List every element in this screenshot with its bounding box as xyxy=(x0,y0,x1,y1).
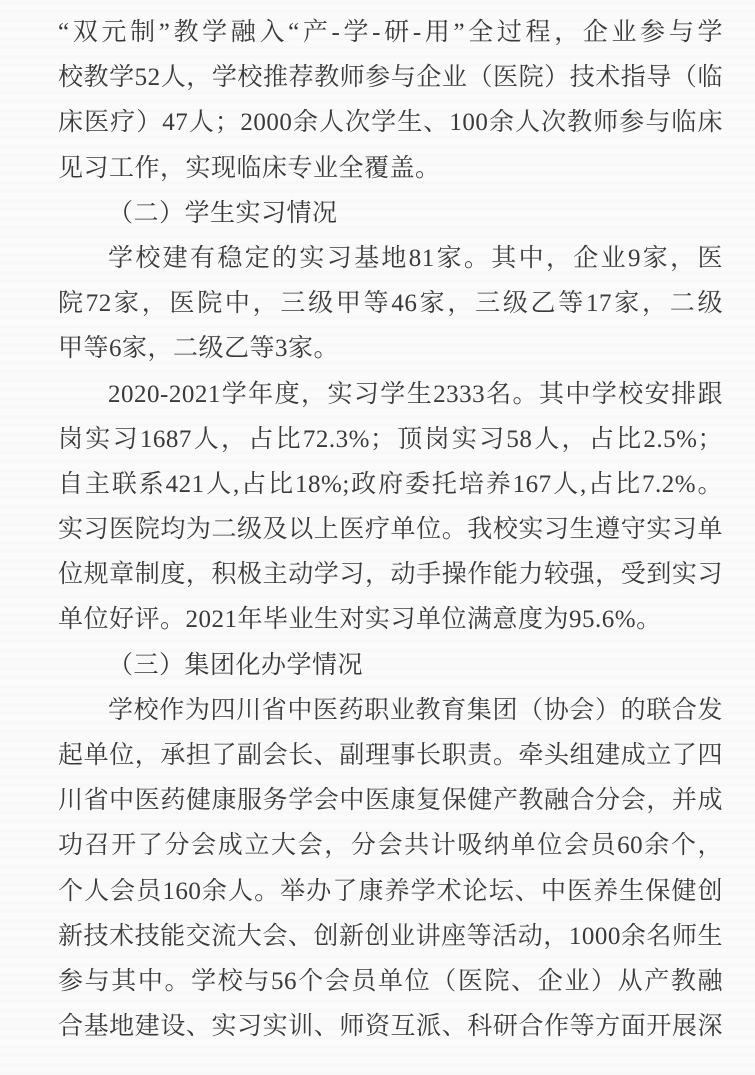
text-line: 个人会员160余人。举办了康养学术论坛、中医养生保健创 xyxy=(58,869,723,914)
text-line: 实习医院均为二级及以上医疗单位。我校实习生遵守实习单 xyxy=(58,507,723,552)
text-line: 学校作为四川省中医药职业教育集团（协会）的联合发 xyxy=(58,688,723,733)
text-line: 合基地建设、实习实训、师资互派、科研合作等方面开展深 xyxy=(58,1004,723,1049)
section-heading: （二）学生实习情况 xyxy=(58,191,723,236)
document-page: “双元制”教学融入“产-学-研-用”全过程，企业参与学校教学52人，学校推荐教师… xyxy=(0,0,755,1075)
section-heading: （三）集团化办学情况 xyxy=(58,643,723,688)
text-line: 床医疗）47人；2000余人次学生、100余人次教师参与临床 xyxy=(58,100,723,145)
text-line: 校教学52人，学校推荐教师参与企业（医院）技术指导（临 xyxy=(58,55,723,100)
text-line: 2020-2021学年度，实习学生2333名。其中学校安排跟 xyxy=(58,372,723,417)
text-line: 见习工作，实现临床专业全覆盖。 xyxy=(58,146,723,191)
text-line: 单位好评。2021年毕业生对实习单位满意度为95.6%。 xyxy=(58,597,723,642)
document-body: “双元制”教学融入“产-学-研-用”全过程，企业参与学校教学52人，学校推荐教师… xyxy=(58,10,723,1049)
text-line: 甲等6家，二级乙等3家。 xyxy=(58,326,723,371)
text-line: “双元制”教学融入“产-学-研-用”全过程，企业参与学 xyxy=(58,10,723,55)
text-line: 川省中医药健康服务学会中医康复保健产教融合分会，并成 xyxy=(58,778,723,823)
text-line: 功召开了分会成立大会，分会共计吸纳单位会员60余个， xyxy=(58,823,723,868)
text-line: 参与其中。学校与56个会员单位（医院、企业）从产教融 xyxy=(58,959,723,1004)
text-line: 位规章制度，积极主动学习，动手操作能力较强，受到实习 xyxy=(58,552,723,597)
text-line: 学校建有稳定的实习基地81家。其中，企业9家，医 xyxy=(58,236,723,281)
text-line: 岗实习1687人，占比72.3%；顶岗实习58人，占比2.5%； xyxy=(58,417,723,462)
text-line: 起单位，承担了副会长、副理事长职责。牵头组建成立了四 xyxy=(58,733,723,778)
text-line: 新技术技能交流大会、创新创业讲座等活动，1000余名师生 xyxy=(58,914,723,959)
text-line: 自主联系421人,占比18%;政府委托培养167人,占比7.2%。 xyxy=(58,462,723,507)
text-line: 院72家，医院中，三级甲等46家，三级乙等17家，二级 xyxy=(58,281,723,326)
